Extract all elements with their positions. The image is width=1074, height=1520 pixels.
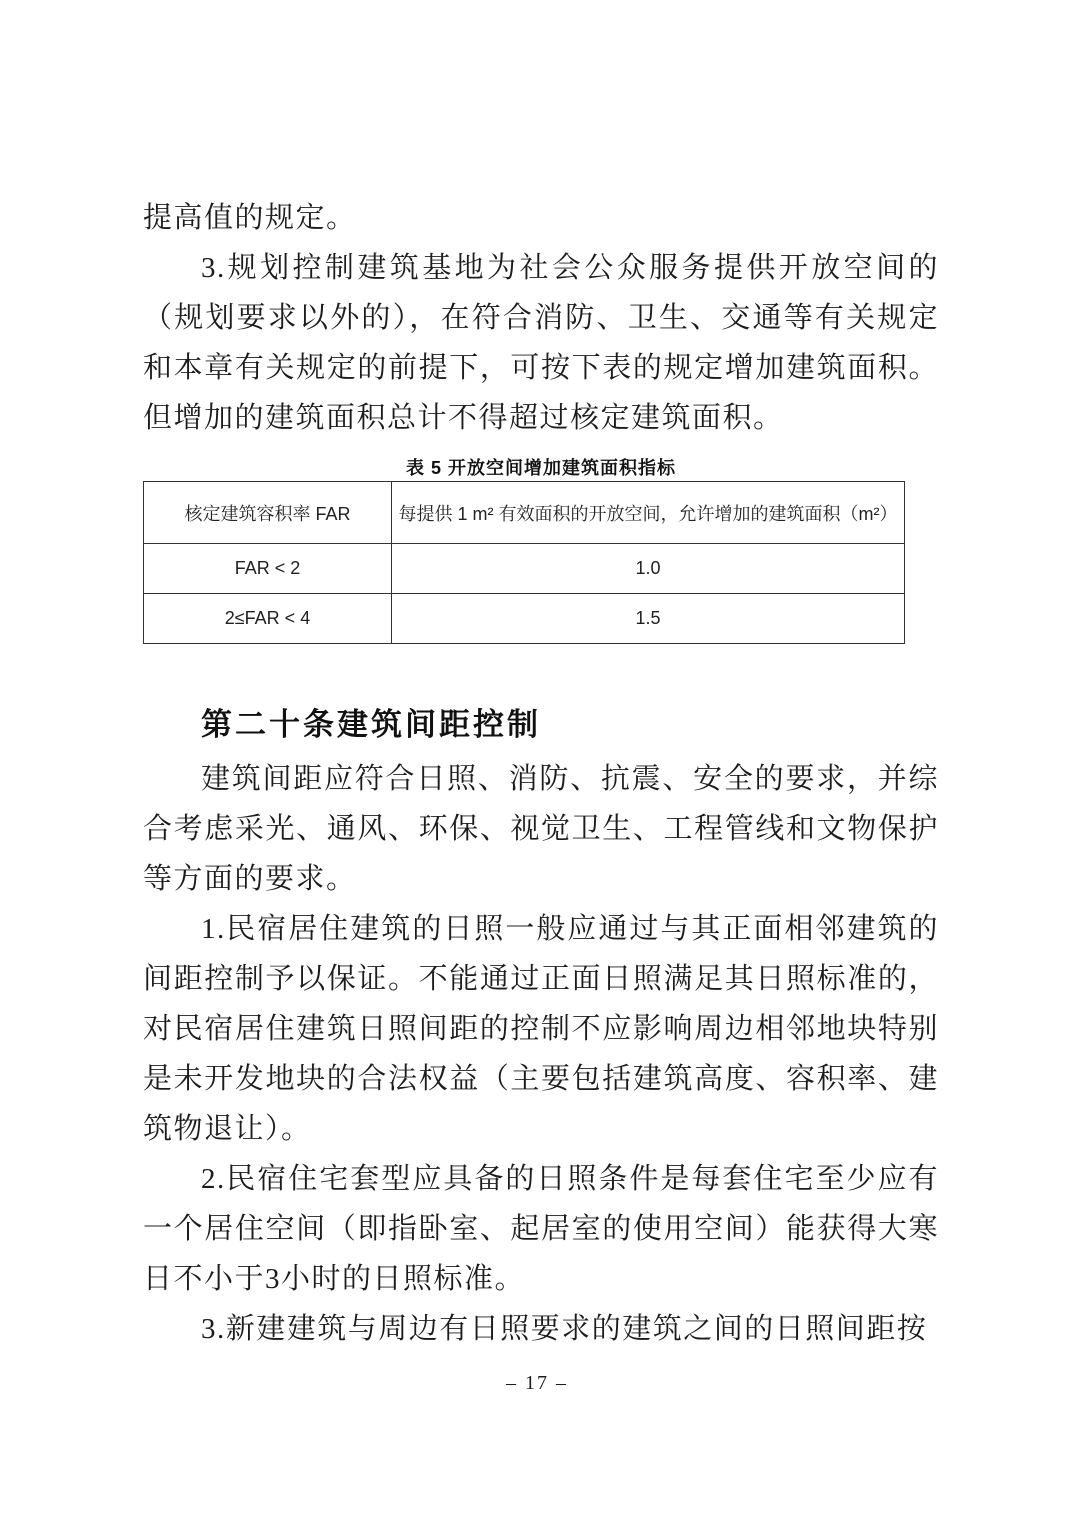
table-row-far-lt-2: FAR < 2 1.0	[144, 544, 905, 594]
paragraph-spacing-general: 建筑间距应符合日照、消防、抗震、安全的要求，并综合考虑采光、通风、环保、视觉卫生…	[143, 754, 939, 904]
paragraph-open-space-rule: 3.规划控制建筑基地为社会公众服务提供开放空间的（规划要求以外的），在符合消防、…	[143, 243, 939, 443]
paragraph-sunlight-item-3: 3.新建建筑与周边有日照要求的建筑之间的日照间距按	[143, 1304, 939, 1354]
table-cell-far-range: FAR < 2	[144, 544, 392, 594]
page-content: 提高值的规定。 3.规划控制建筑基地为社会公众服务提供开放空间的（规划要求以外的…	[143, 0, 939, 1354]
table-cell-far-range: 2≤FAR < 4	[144, 594, 392, 644]
table-cell-added-area: 1.0	[392, 544, 905, 594]
open-space-far-table: 核定建筑容积率 FAR 每提供 1 m² 有效面积的开放空间，允许增加的建筑面积…	[143, 481, 905, 644]
table-caption: 表 5 开放空间增加建筑面积指标	[143, 455, 939, 481]
table-header-row: 核定建筑容积率 FAR 每提供 1 m² 有效面积的开放空间，允许增加的建筑面积…	[144, 482, 905, 544]
paragraph-continuation: 提高值的规定。	[143, 193, 939, 243]
table-header-far: 核定建筑容积率 FAR	[144, 482, 392, 544]
document-page: 提高值的规定。 3.规划控制建筑基地为社会公众服务提供开放空间的（规划要求以外的…	[0, 0, 1074, 1520]
paragraph-sunlight-item-1: 1.民宿居住建筑的日照一般应通过与其正面相邻建筑的间距控制予以保证。不能通过正面…	[143, 904, 939, 1154]
paragraph-sunlight-item-2: 2.民宿住宅套型应具备的日照条件是每套住宅至少应有一个居住空间（即指卧室、起居室…	[143, 1154, 939, 1304]
table-row-far-2-to-4: 2≤FAR < 4 1.5	[144, 594, 905, 644]
section-heading-article-20: 第二十条建筑间距控制	[143, 702, 939, 748]
table-header-added-area: 每提供 1 m² 有效面积的开放空间，允许增加的建筑面积（m²）	[392, 482, 905, 544]
table-cell-added-area: 1.5	[392, 594, 905, 644]
page-number: – 17 –	[0, 1372, 1074, 1395]
